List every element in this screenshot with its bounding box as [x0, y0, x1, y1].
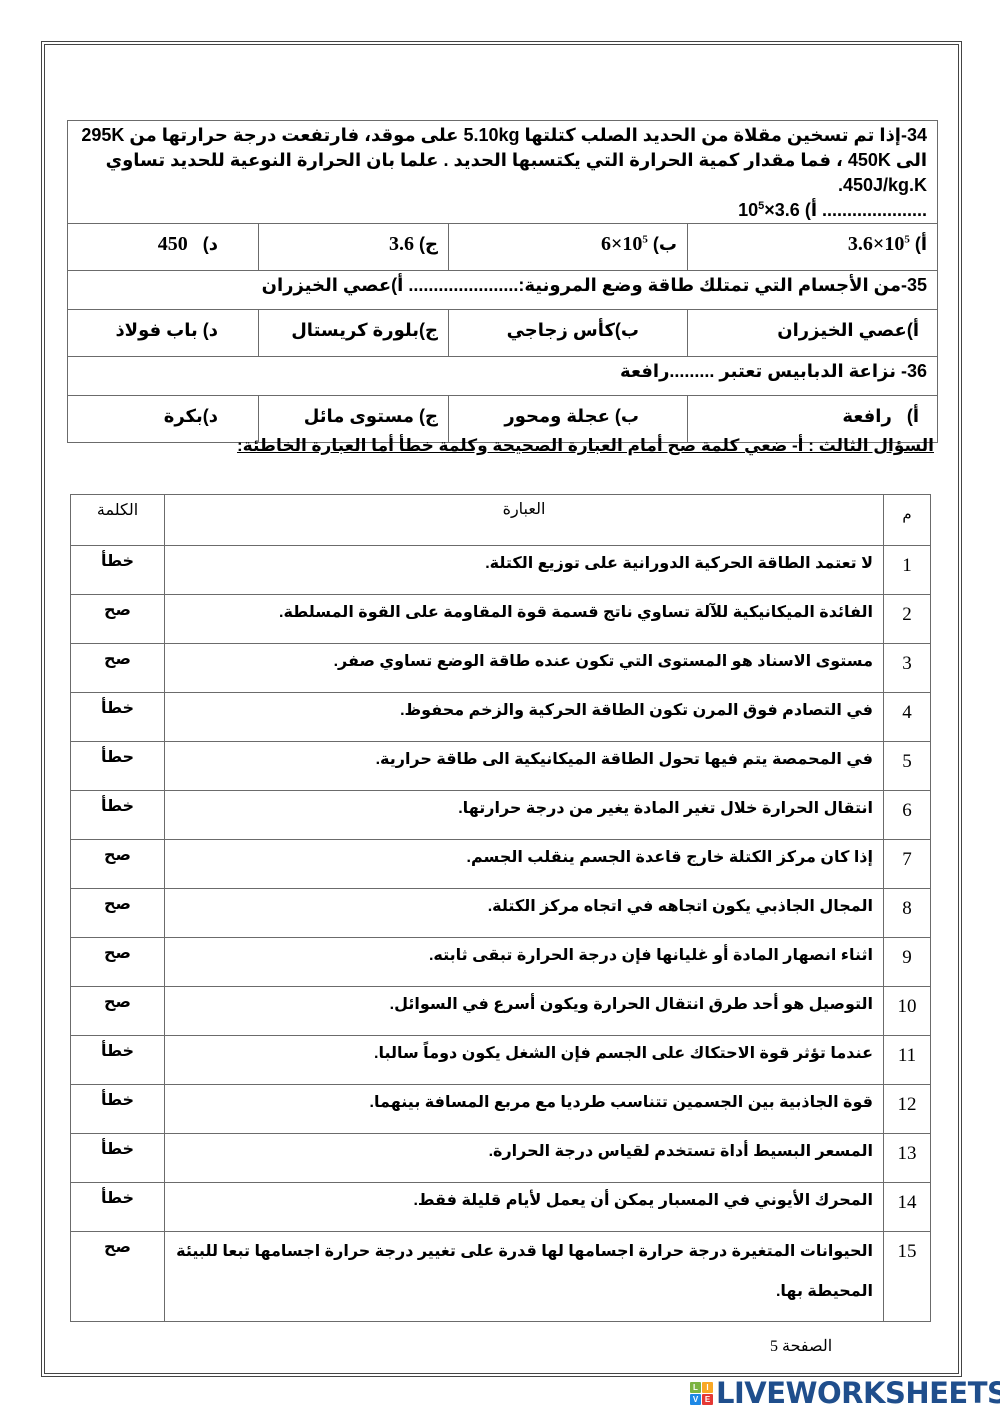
option-c[interactable]: ج)بلورة كريستال: [259, 310, 449, 357]
option-d[interactable]: د)بكرة: [68, 396, 259, 443]
row-statement: اثناء انصهار المادة أو غليانها فإن درجة …: [165, 938, 884, 987]
row-number: 14: [884, 1183, 931, 1232]
question-34: 34-إذا تم تسخين مقلاة من الحديد الصلب كت…: [68, 121, 938, 224]
row-number: 9: [884, 938, 931, 987]
question-34-answer-line: ..................... أ) 3.6×105: [78, 198, 927, 223]
row-number: 8: [884, 889, 931, 938]
row-answer[interactable]: خطأ: [71, 546, 165, 595]
logo-block: L: [690, 1382, 701, 1393]
row-answer[interactable]: خطأ: [71, 1036, 165, 1085]
row-answer[interactable]: خطأ: [71, 1183, 165, 1232]
row-statement: لا تعتمد الطاقة الحركية الدورانية على تو…: [165, 546, 884, 595]
row-number: 2: [884, 595, 931, 644]
table-row: 14المحرك الأيوني في المسبار يمكن أن يعمل…: [71, 1183, 931, 1232]
row-number: 5: [884, 742, 931, 791]
row-number: 11: [884, 1036, 931, 1085]
question-35-options: أ)عصي الخيزران ب)كأس زجاجي ج)بلورة كريست…: [68, 310, 938, 357]
true-false-table: م العبارة الكلمة 1لا تعتمد الطاقة الحركي…: [70, 494, 931, 1322]
table-row: 13المسعر البسيط أداة تستخدم لقياس درجة ا…: [71, 1134, 931, 1183]
row-answer[interactable]: صح: [71, 595, 165, 644]
row-answer[interactable]: صح: [71, 840, 165, 889]
option-d[interactable]: د) باب فولاذ: [68, 310, 259, 357]
mcq-table: 34-إذا تم تسخين مقلاة من الحديد الصلب كت…: [67, 120, 938, 443]
question-36-text: 36- نزاعة الدبابيس تعتبر .........رافعة: [68, 357, 938, 396]
row-statement: مستوى الاسناد هو المستوى التي تكون عنده …: [165, 644, 884, 693]
question-34-row: 34-إذا تم تسخين مقلاة من الحديد الصلب كت…: [68, 121, 938, 224]
logo-text: LIVEWORKSHEETS: [716, 1376, 1000, 1410]
table-row: 15الحيوانات المتغيرة درجة حرارة اجسامها …: [71, 1232, 931, 1322]
header-statement: العبارة: [165, 495, 884, 546]
row-answer[interactable]: صح: [71, 938, 165, 987]
header-num: م: [884, 495, 931, 546]
row-number: 1: [884, 546, 931, 595]
row-answer[interactable]: حطأ: [71, 742, 165, 791]
table-row: 3مستوى الاسناد هو المستوى التي تكون عنده…: [71, 644, 931, 693]
row-answer[interactable]: خطأ: [71, 791, 165, 840]
liveworksheets-logo[interactable]: LIVE LIVEWORKSHEETS: [690, 1376, 1000, 1410]
option-d[interactable]: د) 450: [68, 224, 259, 271]
row-answer[interactable]: صح: [71, 644, 165, 693]
table-row: 5في المحمصة يتم فيها تحول الطاقة الميكان…: [71, 742, 931, 791]
question-34-options: أ) 3.6×105 ب) 6×105 ج) 3.6 د) 450: [68, 224, 938, 271]
table-row: 7إذا كان مركز الكتلة خارج قاعدة الجسم ين…: [71, 840, 931, 889]
table-header: م العبارة الكلمة: [71, 495, 931, 546]
row-number: 3: [884, 644, 931, 693]
row-answer[interactable]: صح: [71, 889, 165, 938]
question-35-text: 35-من الأجسام التي تمتلك طاقة وضع المرون…: [68, 271, 938, 310]
row-statement: عندما تؤثر قوة الاحتكاك على الجسم فإن ال…: [165, 1036, 884, 1085]
table-row: 8المجال الجاذبي يكون اتجاهه في اتجاه مرك…: [71, 889, 931, 938]
page-number: الصفحة 5: [770, 1336, 832, 1356]
row-statement: المجال الجاذبي يكون اتجاهه في اتجاه مركز…: [165, 889, 884, 938]
question-36-row: 36- نزاعة الدبابيس تعتبر .........رافعة: [68, 357, 938, 396]
row-number: 12: [884, 1085, 931, 1134]
row-statement: الفائدة الميكانيكية للآلة تساوي ناتج قسم…: [165, 595, 884, 644]
row-statement: في التصادم فوق المرن تكون الطاقة الحركية…: [165, 693, 884, 742]
table-row: 2الفائدة الميكانيكية للآلة تساوي ناتج قس…: [71, 595, 931, 644]
row-statement: المحرك الأيوني في المسبار يمكن أن يعمل ل…: [165, 1183, 884, 1232]
option-b[interactable]: ب) 6×105: [449, 224, 688, 271]
row-answer[interactable]: صح: [71, 1232, 165, 1322]
row-number: 15: [884, 1232, 931, 1322]
row-number: 4: [884, 693, 931, 742]
row-statement: الحيوانات المتغيرة درجة حرارة اجسامها له…: [165, 1232, 884, 1322]
row-statement: في المحمصة يتم فيها تحول الطاقة الميكاني…: [165, 742, 884, 791]
table-row: 6انتقال الحرارة خلال تغير المادة يغير من…: [71, 791, 931, 840]
row-answer[interactable]: خطأ: [71, 1134, 165, 1183]
option-b[interactable]: ب)كأس زجاجي: [449, 310, 688, 357]
question-35-row: 35-من الأجسام التي تمتلك طاقة وضع المرون…: [68, 271, 938, 310]
table-row: 10التوصيل هو أحد طرق انتقال الحرارة ويكو…: [71, 987, 931, 1036]
row-number: 7: [884, 840, 931, 889]
header-answer: الكلمة: [71, 495, 165, 546]
live-blocks-icon: LIVE: [690, 1382, 713, 1405]
option-a[interactable]: أ) 3.6×105: [688, 224, 938, 271]
table-row: 4في التصادم فوق المرن تكون الطاقة الحركي…: [71, 693, 931, 742]
row-answer[interactable]: خطأ: [71, 1085, 165, 1134]
row-statement: قوة الجاذبية بين الجسمين تتناسب طرديا مع…: [165, 1085, 884, 1134]
row-number: 10: [884, 987, 931, 1036]
logo-block: V: [690, 1394, 701, 1405]
logo-block: E: [702, 1394, 713, 1405]
row-statement: التوصيل هو أحد طرق انتقال الحرارة ويكون …: [165, 987, 884, 1036]
table-row: 9اثناء انصهار المادة أو غليانها فإن درجة…: [71, 938, 931, 987]
row-answer[interactable]: صح: [71, 987, 165, 1036]
table-row: 11عندما تؤثر قوة الاحتكاك على الجسم فإن …: [71, 1036, 931, 1085]
row-number: 6: [884, 791, 931, 840]
row-statement: المسعر البسيط أداة تستخدم لقياس درجة الح…: [165, 1134, 884, 1183]
option-c[interactable]: ج) 3.6: [259, 224, 449, 271]
row-statement: انتقال الحرارة خلال تغير المادة يغير من …: [165, 791, 884, 840]
table-row: 1لا تعتمد الطاقة الحركية الدورانية على ت…: [71, 546, 931, 595]
question-34-text: 34-إذا تم تسخين مقلاة من الحديد الصلب كت…: [78, 123, 927, 198]
logo-block: I: [702, 1382, 713, 1393]
option-a[interactable]: أ)عصي الخيزران: [688, 310, 938, 357]
section-3-title: السؤال الثالث : أ- ضعي كلمة صح أمام العب…: [237, 436, 934, 456]
row-number: 13: [884, 1134, 931, 1183]
row-answer[interactable]: خطأ: [71, 693, 165, 742]
row-statement: إذا كان مركز الكتلة خارج قاعدة الجسم ينق…: [165, 840, 884, 889]
table-row: 12قوة الجاذبية بين الجسمين تتناسب طرديا …: [71, 1085, 931, 1134]
